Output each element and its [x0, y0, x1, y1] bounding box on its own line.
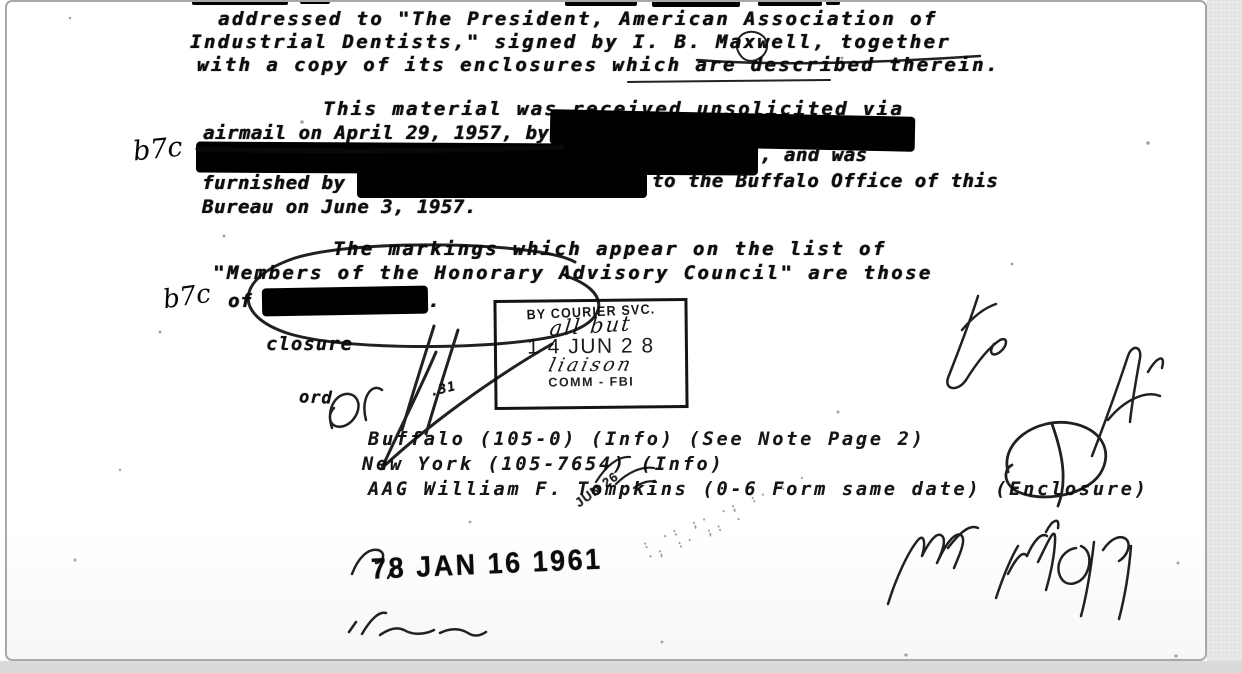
body-text-line: Industrial Dentists," signed by I. B. Ma… — [190, 31, 951, 53]
document-page[interactable]: addressed to "The President, American As… — [5, 0, 1207, 661]
body-text-line: addressed to "The President, American As… — [218, 8, 938, 30]
signature-initials — [947, 296, 1006, 388]
clipped-text-fragment — [192, 0, 288, 5]
margin-mark: .31 — [429, 379, 458, 400]
obscured-word-fragment: closure — [266, 333, 353, 355]
clipped-text-fragment — [565, 0, 637, 6]
document-page-frame: addressed to "The President, American As… — [5, 0, 1207, 661]
body-text-line: "Members of the Honorary Advisory Counci… — [213, 262, 933, 284]
cc-list-item: Buffalo (105-0) (Info) (See Note Page 2) — [368, 429, 926, 450]
signature-initials — [888, 527, 978, 604]
clipped-text-fragment — [758, 0, 822, 6]
signature-initials — [996, 521, 1058, 598]
body-text-line: furnished by — [202, 172, 345, 194]
redaction-bar — [262, 286, 428, 317]
handwritten-scrawl-bottom — [349, 613, 486, 636]
body-text-line: , and was — [760, 144, 867, 166]
viewer-background-bottom — [0, 661, 1242, 673]
received-date-stamp: 78 JAN 16 1961 — [370, 543, 603, 587]
signature-initials — [1058, 537, 1131, 619]
body-text-line: with a copy of its enclosures which are … — [197, 54, 1000, 76]
handwritten-exemption-code: b7c — [161, 279, 212, 315]
cc-list-item: New York (105-7654) (Info) — [362, 454, 724, 475]
clipped-text-fragment — [826, 0, 840, 5]
viewer-background-right — [1207, 0, 1242, 661]
redaction-bar — [357, 170, 647, 198]
body-text-line: The markings which appear on the list of — [333, 238, 887, 260]
handwritten-note: liaison — [546, 354, 635, 377]
obscured-word-fragment: ord — [299, 387, 333, 408]
clipped-text-fragment — [300, 0, 330, 4]
clipped-text-fragment — [652, 0, 740, 7]
body-text-line: to the Buffalo Office of this — [652, 170, 998, 192]
body-text-line: Bureau on June 3, 1957. — [202, 196, 477, 218]
courier-stamp: BY COURIER SVC. all but 1 4 JUN 2 8 liai… — [493, 298, 688, 410]
underline-therein — [628, 80, 830, 82]
body-text-line: . — [428, 290, 440, 312]
body-text-line: of — [228, 290, 252, 312]
handwritten-exemption-code: b7c — [132, 131, 185, 167]
courier-stamp-footer: COMM - FBI — [548, 375, 634, 390]
body-text-line: airmail on April 29, 1957, by — [203, 122, 549, 144]
scanned-document-view: addressed to "The President, American As… — [0, 0, 1242, 673]
pen-loops — [330, 388, 382, 428]
signature-initials — [1092, 348, 1163, 456]
